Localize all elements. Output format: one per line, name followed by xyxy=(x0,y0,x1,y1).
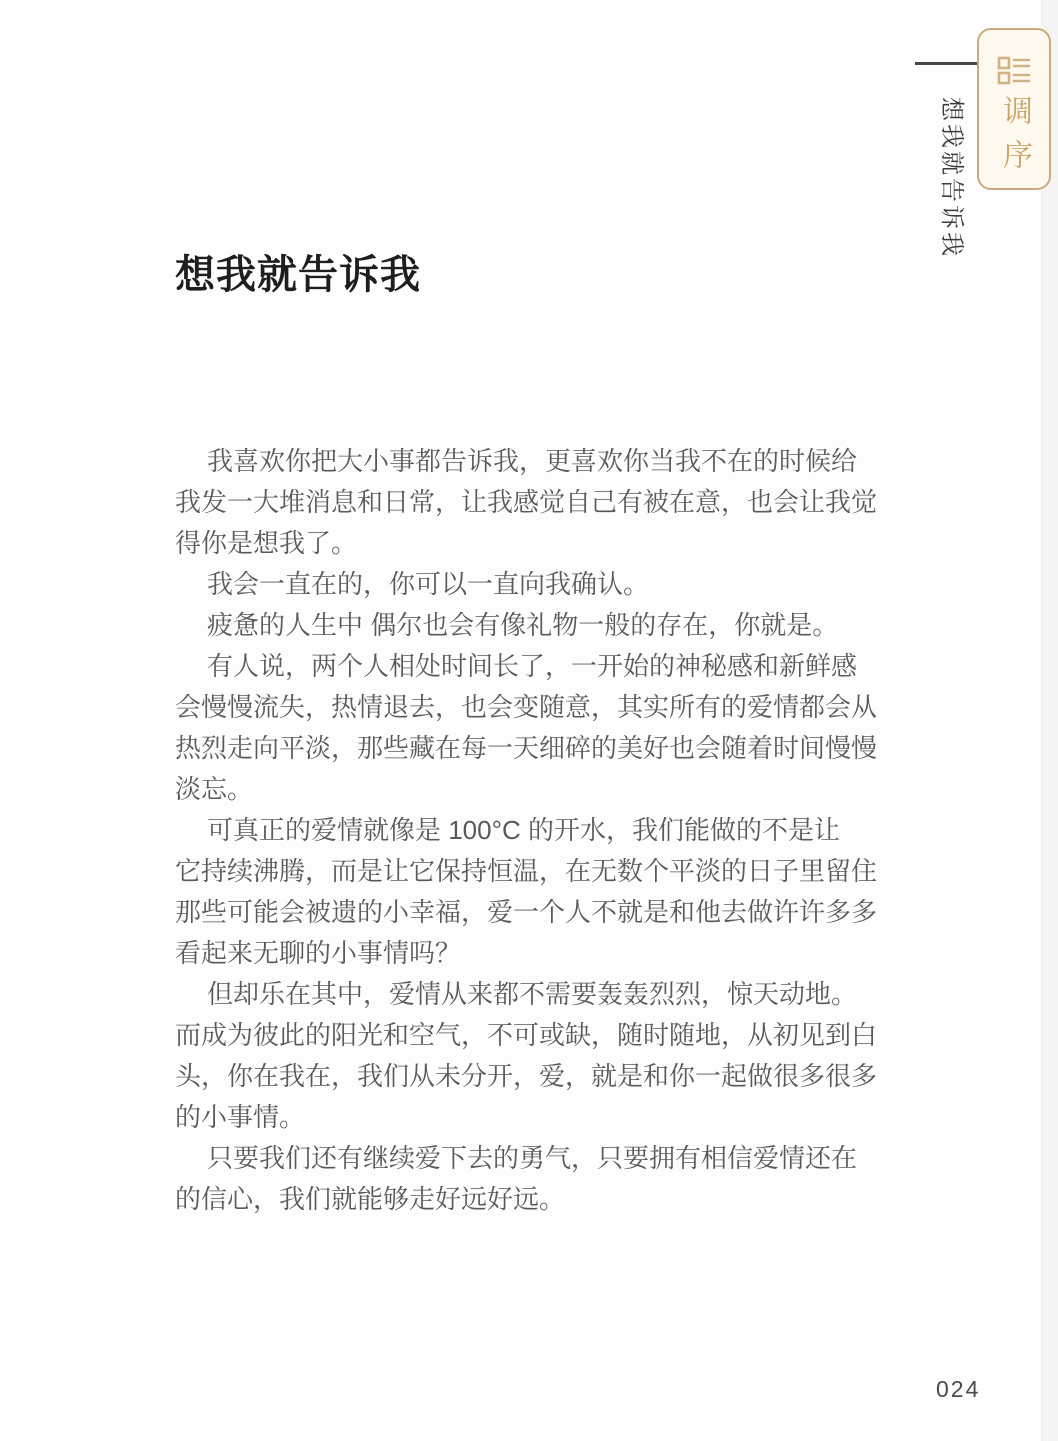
article-body: 我喜欢你把大小事都告诉我，更喜欢你当我不在的时候给 我发一大堆消息和日常，让我感… xyxy=(175,441,950,1220)
checklist-icon xyxy=(997,56,1031,86)
paragraph: 只要我们还有继续爱下去的勇气，只要拥有相信爱情还在 的信心，我们就能够走好远好远… xyxy=(175,1138,950,1220)
paragraph: 但却乐在其中，爱情从来都不需要轰轰烈烈，惊天动地。 而成为彼此的阳光和空气，不可… xyxy=(175,974,950,1138)
chapter-connector-line xyxy=(915,62,977,65)
paragraph: 有人说，两个人相处时间长了，一开始的神秘感和新鲜感 会慢慢流失，热情退去，也会变… xyxy=(175,646,950,810)
page-title: 想我就告诉我 xyxy=(175,243,421,300)
badge-label: 调序 xyxy=(999,95,1029,183)
paragraph: 可真正的爱情就像是 100°C 的开水，我们能做的不是让 它持续沸腾，而是让它保… xyxy=(175,810,950,974)
book-page: 调序 想我就告诉我 想我就告诉我 我喜欢你把大小事都告诉我，更喜欢你当我不在的时… xyxy=(0,0,1058,1441)
page-edge-strip xyxy=(1041,0,1058,1441)
chapter-badge: 调序 xyxy=(977,28,1051,190)
paragraph: 我喜欢你把大小事都告诉我，更喜欢你当我不在的时候给 我发一大堆消息和日常，让我感… xyxy=(175,441,950,564)
paragraph: 我会一直在的，你可以一直向我确认。 xyxy=(175,564,950,605)
chapter-title-vertical: 想我就告诉我 xyxy=(939,97,963,259)
paragraph: 疲惫的人生中 偶尔也会有像礼物一般的存在，你就是。 xyxy=(175,605,950,646)
page-number: 024 xyxy=(936,1376,980,1403)
